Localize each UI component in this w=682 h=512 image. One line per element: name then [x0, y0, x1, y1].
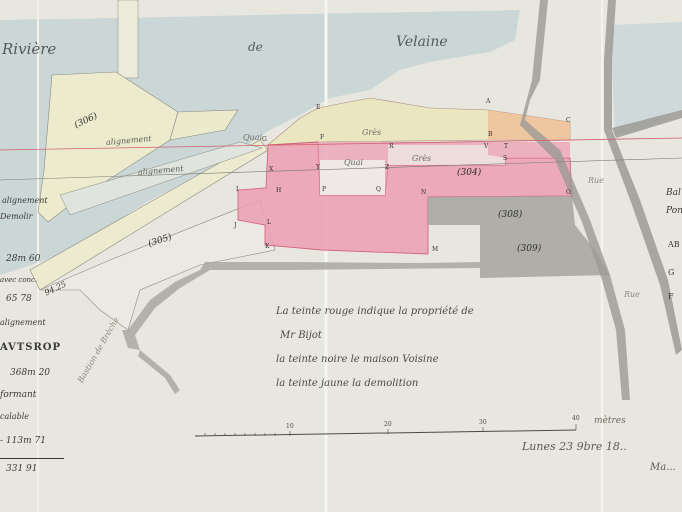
- calc-label-a: avec conc.: [0, 276, 37, 284]
- scale-tick-10: 10: [286, 423, 294, 430]
- right-margin-2: Pon: [666, 206, 682, 216]
- scale-tick-30: 30: [479, 419, 487, 426]
- calc-value-4: 368m 20: [10, 368, 50, 378]
- parcel-label-304: (304): [457, 168, 481, 178]
- gres-label-1: Grès: [362, 128, 381, 137]
- scale-tick-20: 20: [384, 421, 392, 428]
- point-H: H: [276, 187, 281, 194]
- right-margin-1: Bal: [666, 188, 681, 198]
- point-S: S: [503, 155, 507, 162]
- quai-label-2: Quai: [344, 158, 363, 167]
- point-T: T: [504, 143, 508, 150]
- calc-divider: [0, 458, 64, 459]
- calc-value-3: 94.25: [43, 280, 68, 298]
- point-C: C: [566, 117, 571, 124]
- scale-unit: mètres: [594, 416, 626, 426]
- parcel-label-306: (306): [73, 111, 99, 130]
- calc-label-e: calable: [0, 412, 29, 421]
- gres-label-2: Grès: [412, 154, 431, 163]
- calc-total: 331 91: [6, 464, 38, 474]
- point-I: I: [236, 186, 238, 193]
- point-K: K: [265, 243, 269, 250]
- parcel-label-308: (308): [498, 210, 522, 220]
- parcel-label-309: (309): [517, 244, 541, 254]
- calc-value-1: 28m 60: [6, 254, 40, 264]
- calc-label-d: formant: [0, 390, 36, 400]
- quai-label-1: Quai: [243, 133, 262, 142]
- alignement-label-1: alignement: [106, 134, 152, 147]
- signature-date: Lunes 23 9bre 18..: [522, 440, 627, 453]
- demolir-label: Demolir: [0, 212, 33, 221]
- river-label-1: Rivière: [2, 40, 56, 58]
- point-F: F: [320, 134, 324, 141]
- right-margin-4: G: [668, 268, 674, 277]
- scale-tick-40: 40: [572, 415, 580, 422]
- map-text-layer: Rivière de Velaine (306) (305) (304) (30…: [0, 0, 682, 512]
- right-margin-3: AB: [668, 240, 680, 249]
- point-A: A: [486, 98, 490, 105]
- calc-value-2: 65 78: [6, 294, 32, 304]
- river-label-2: de: [248, 40, 263, 54]
- point-G: G: [262, 136, 267, 143]
- alignement-label-3: alignement: [2, 196, 48, 205]
- point-R: R: [389, 143, 394, 150]
- bastion-label: Bastion de Brèche: [76, 316, 121, 385]
- point-L: L: [267, 219, 271, 226]
- legend-line-owner: Mr Bijot: [280, 324, 566, 348]
- point-Q: Q: [376, 186, 381, 193]
- legend: La teinte rouge indique la propriété de …: [276, 300, 566, 396]
- parcel-label-305: (305): [147, 233, 173, 250]
- rue-label-1: Rue: [588, 176, 604, 185]
- point-B: B: [488, 131, 492, 138]
- right-margin-5: F: [668, 292, 674, 301]
- rue-label-2: Rue: [624, 290, 640, 299]
- river-label-3: Velaine: [396, 34, 448, 50]
- alignement-label-2: alignement: [138, 164, 184, 177]
- calc-heading: AVTSROP: [0, 342, 61, 353]
- point-N: N: [421, 189, 426, 196]
- point-O: O: [566, 189, 571, 196]
- point-Z: Z: [385, 164, 389, 171]
- point-M: M: [432, 246, 438, 253]
- legend-line-red: La teinte rouge indique la propriété de: [276, 300, 566, 324]
- point-J: J: [234, 222, 236, 229]
- legend-line-yellow: la teinte jaune la demolition: [276, 372, 566, 396]
- point-P: P: [322, 186, 326, 193]
- point-V: V: [484, 143, 488, 150]
- calc-value-5: - 113m 71: [0, 436, 46, 446]
- signature: Ma...: [650, 462, 676, 473]
- point-Y: Y: [316, 164, 320, 171]
- calc-label-b: alignement: [0, 318, 46, 327]
- legend-line-black: la teinte noire le maison Voisine: [276, 348, 566, 372]
- point-E: E: [316, 104, 320, 111]
- point-X: X: [269, 166, 273, 173]
